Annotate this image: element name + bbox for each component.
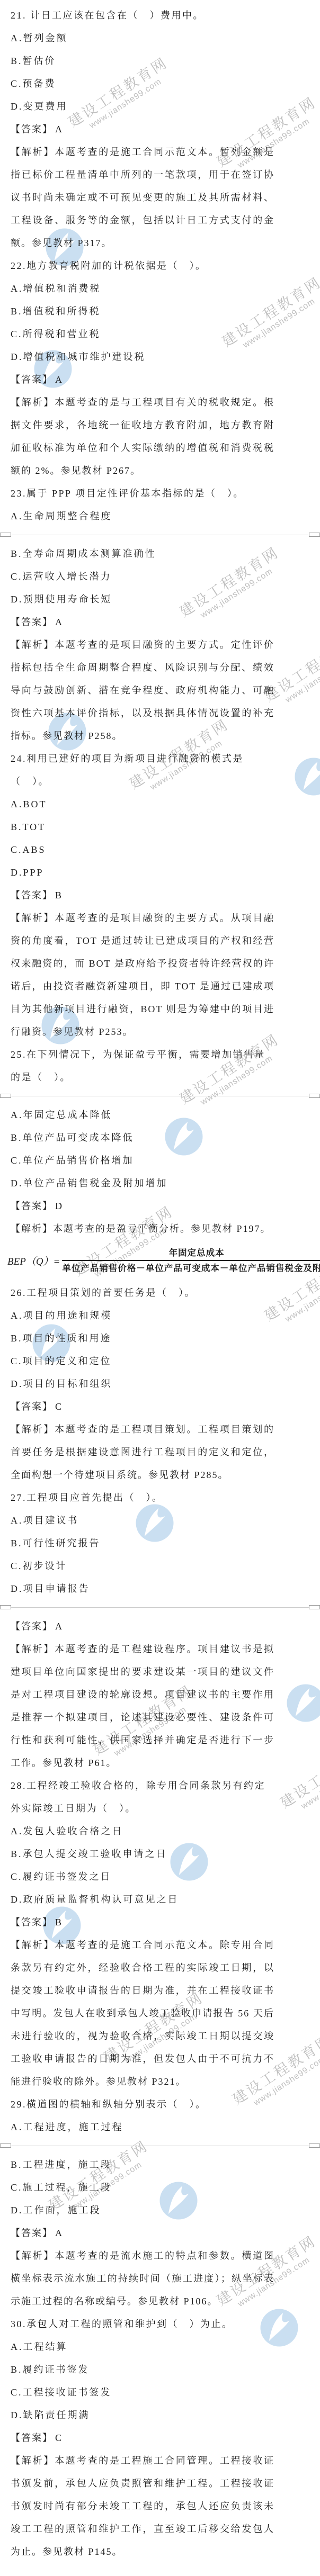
options-group: A.工程结算B.履约证书签发C.工程接收证书签发D.缺陷责任期满 <box>11 2336 274 2427</box>
page-break-line <box>0 535 320 535</box>
answer-option: D.预期使用寿命长短 <box>11 588 274 611</box>
analysis-text: 【解析】本题考查的是与工程项目有关的税收规定。根据文件要求，各地统一征收地方教育… <box>11 391 274 482</box>
answer-line: 【答案】A <box>11 1615 274 1638</box>
question-block: 23.属于 PPP 项目定性评价基本指标的是（ ）。 A.生命周期整合程度B.全… <box>11 482 274 747</box>
answer-option: D.单位产品销售税金及附加增加 <box>11 1172 274 1195</box>
answer-letter: B <box>55 890 63 900</box>
answer-letter: A <box>55 374 63 385</box>
answer-option: B.履约证书签发 <box>11 2358 274 2381</box>
analysis-text: 【解析】本题考查的是施工合同示范文本。除专用合同条款另有约定外，经验收合格工程的… <box>11 1934 274 2093</box>
answer-label: 【答案】 <box>11 617 53 627</box>
page-break-line <box>0 1607 320 1608</box>
options-group: A.年固定总成本降低B.单位产品可变成本降低C.单位产品销售价格增加D.单位产品… <box>11 1104 274 1195</box>
answer-letter: C <box>55 2433 63 2443</box>
answer-option: B.承包人提交竣工验收申请之日 <box>11 1843 274 1866</box>
question-block: 21. 计日工应该在包含在（ ）费用中。 A.暂列金额B.暂估价C.预备费D.变… <box>11 4 274 255</box>
answer-option: D.缺陷责任期满 <box>11 2404 274 2427</box>
answer-letter: A <box>55 124 63 134</box>
answer-label: 【答案】 <box>11 2228 53 2238</box>
answer-option: B.暂估价 <box>11 50 274 73</box>
analysis-text: 【解析】本题考查的是盈亏平衡分析。参见教材 P197。 <box>11 1218 274 1240</box>
answer-label: 【答案】 <box>11 2433 53 2443</box>
question-stem: 28.工程经竣工验收合格的，除专用合同条款另有约定外实际竣工日期为（ ）。 <box>11 1775 274 1820</box>
answer-line: 【答案】A <box>11 2222 274 2245</box>
answer-option: B.项目的性质和用途 <box>11 1327 274 1350</box>
answer-letter: A <box>55 617 63 627</box>
answer-option: C.预备费 <box>11 73 274 95</box>
answer-label: 【答案】 <box>11 1917 53 1928</box>
question-stem: 24.利用已建好的项目为新项目进行融资的模式是（ ）。 <box>11 747 274 793</box>
question-block: 24.利用已建好的项目为新项目进行融资的模式是（ ）。 A.BOTB.TOTC.… <box>11 747 274 1043</box>
analysis-text: 【解析】本题考查的是项目融资的主要方式。定性评价指标包括全生命周期整合程度、风险… <box>11 634 274 747</box>
answer-label: 【答案】 <box>11 124 53 134</box>
answer-option: A.工程进度，施工过程 <box>11 2116 274 2139</box>
page-break-marker <box>0 2140 320 2152</box>
answer-option: C.运营收入增长潜力 <box>11 565 274 588</box>
answer-option: D.项目的目标和组织 <box>11 1373 274 1395</box>
answer-option: C.ABS <box>11 839 274 861</box>
page-margin-mark-right <box>309 533 320 537</box>
answer-line: 【答案】B <box>11 1911 274 1934</box>
bep-formula: BEP（Q）=年固定总成本单位产品销售价格－单位产品可变成本－单位产品销售税金及… <box>7 1246 320 1275</box>
answer-label: 【答案】 <box>11 374 53 385</box>
answer-line: 【答案】D <box>11 1195 274 1218</box>
options-group: A.BOTB.TOTC.ABSD.PPP <box>11 793 274 884</box>
answer-line: 【答案】C <box>11 2427 274 2449</box>
answer-option: B.增值税和所得税 <box>11 300 274 323</box>
answer-option: A.工程结算 <box>11 2336 274 2358</box>
answer-option: A.增值税和消费税 <box>11 277 274 300</box>
answer-line: 【答案】C <box>11 1395 274 1418</box>
analysis-text: 【解析】本题考查的是项目融资的主要方式。从项目融资的角度看，TOT 是通过转让已… <box>11 907 274 1043</box>
document-body: 21. 计日工应该在包含在（ ）费用中。 A.暂列金额B.暂估价C.预备费D.变… <box>0 0 320 2576</box>
answer-option: A.生命周期整合程度 <box>11 505 274 528</box>
options-group: A.暂列金额B.暂估价C.预备费D.变更费用 <box>11 27 274 118</box>
question-stem: 21. 计日工应该在包含在（ ）费用中。 <box>11 4 274 27</box>
answer-label: 【答案】 <box>11 1201 53 1211</box>
question-block: 26.工程项目策划的首要任务是（ ）。 A.项目的用途和规模B.项目的性质和用途… <box>11 1282 274 1487</box>
document-page: 建设工程教育网www.jianshe99.com建设工程教育网www.jians… <box>0 0 320 2576</box>
answer-line: 【答案】B <box>11 884 274 907</box>
question-block: 25.在下列情况下，为保证盈亏平衡，需要增加销售量的是（ ）。 A.年固定总成本… <box>11 1043 274 1275</box>
page-break-marker <box>0 1090 320 1103</box>
formula-lhs: BEP（Q）= <box>7 1254 60 1268</box>
answer-line: 【答案】A <box>11 118 274 141</box>
answer-option: D.项目申请报告 <box>11 1578 274 1600</box>
analysis-text: 【解析】本题考查的是工程项目策划。工程项目策划的首要任务是根据建设意图进行工程项… <box>11 1418 274 1487</box>
formula-denominator: 单位产品销售价格－单位产品可变成本－单位产品销售税金及附加 <box>62 1261 320 1275</box>
answer-option: C.工程接收证书签发 <box>11 2381 274 2404</box>
answer-option: D.政府质量监督机构认可意见之日 <box>11 1888 274 1911</box>
answer-option: B.单位产品可变成本降低 <box>11 1127 274 1149</box>
options-group: A.项目的用途和规模B.项目的性质和用途C.项目的定义和定位D.项目的目标和组织 <box>11 1304 274 1395</box>
question-block: 22.地方教育税附加的计税依据是（ ）。 A.增值税和消费税B.增值税和所得税C… <box>11 255 274 482</box>
question-block: 29.横道图的横轴和纵轴分别表示（ ）。 A.工程进度，施工过程B.工程进度，施… <box>11 2093 274 2313</box>
answer-option: C.项目的定义和定位 <box>11 1350 274 1373</box>
question-block: 28.工程经竣工验收合格的，除专用合同条款另有约定外实际竣工日期为（ ）。 A.… <box>11 1775 274 2093</box>
answer-option: A.年固定总成本降低 <box>11 1104 274 1127</box>
answer-option: D.工作面，施工段 <box>11 2199 274 2222</box>
question-stem: 26.工程项目策划的首要任务是（ ）。 <box>11 1282 274 1304</box>
analysis-text: 【解析】本题考查的是流水施工的特点和参数。横道图横坐标表示流水施工的持续时间（施… <box>11 2245 274 2313</box>
answer-option: A.暂列金额 <box>11 27 274 50</box>
answer-letter: A <box>55 1621 63 1632</box>
answer-letter: C <box>55 1401 63 1412</box>
question-stem: 27.工程项目应首先提出（ ）。 <box>11 1487 274 1509</box>
answer-option: B.TOT <box>11 816 274 839</box>
answer-option: A.项目建议书 <box>11 1509 274 1532</box>
analysis-text: 【解析】本题考查的是工程建设程序。项目建议书是拟建项目单位向国家提出的要求建设某… <box>11 1638 274 1775</box>
options-group: A.发包人验收合格之日B.承包人提交竣工验收申请之日C.履约证书签发之日D.政府… <box>11 1820 274 1911</box>
options-group: A.项目建议书B.可行性研究报告C.初步设计D.项目申请报告 <box>11 1509 274 1614</box>
answer-letter: A <box>55 2228 63 2238</box>
analysis-text: 【解析】本题考查的是工程施工合同管理。工程接收证书颁发前，承包人应负责照管和维护… <box>11 2449 274 2563</box>
answer-option: C.初步设计 <box>11 1555 274 1578</box>
page-break-marker <box>0 1601 320 1614</box>
answer-letter: B <box>55 1917 63 1928</box>
formula-fraction: 年固定总成本单位产品销售价格－单位产品可变成本－单位产品销售税金及附加 <box>62 1246 320 1275</box>
answer-option: B.全寿命周期成本测算准确性 <box>11 543 274 565</box>
question-stem: 30.承包人对工程的照管和维护到（ ）为止。 <box>11 2313 274 2336</box>
answer-option: B.工程进度，施工段 <box>11 2154 274 2176</box>
page-break-line <box>0 2146 320 2146</box>
options-group: A.增值税和消费税B.增值税和所得税C.所得税和营业税D.增值税和城市维护建设税 <box>11 277 274 368</box>
page-break-line <box>0 1096 320 1096</box>
analysis-text: 【解析】本题考查的是施工合同示范文本。暂列金额是指已标价工程量清单中所列的一笔款… <box>11 141 274 255</box>
answer-option: A.BOT <box>11 793 274 816</box>
answer-option: C.单位产品销售价格增加 <box>11 1149 274 1172</box>
options-group: A.工程进度，施工过程B.工程进度，施工段C.施工过程，施工段D.工作面，施工段 <box>11 2116 274 2222</box>
question-stem: 25.在下列情况下，为保证盈亏平衡，需要增加销售量的是（ ）。 <box>11 1043 274 1089</box>
answer-option: A.项目的用途和规模 <box>11 1304 274 1327</box>
page-margin-mark-left <box>0 533 11 537</box>
answer-option: D.增值税和城市维护建设税 <box>11 346 274 368</box>
answer-label: 【答案】 <box>11 1621 53 1632</box>
question-stem: 23.属于 PPP 项目定性评价基本指标的是（ ）。 <box>11 482 274 505</box>
answer-option: D.PPP <box>11 861 274 884</box>
page-margin-mark-right <box>309 1094 320 1098</box>
answer-line: 【答案】A <box>11 611 274 634</box>
question-block: 27.工程项目应首先提出（ ）。 A.项目建议书B.可行性研究报告C.初步设计D… <box>11 1487 274 1775</box>
answer-option: C.所得税和营业税 <box>11 323 274 346</box>
answer-option: B.可行性研究报告 <box>11 1532 274 1555</box>
page-margin-mark-left <box>0 2143 11 2148</box>
question-stem: 22.地方教育税附加的计税依据是（ ）。 <box>11 255 274 277</box>
options-group: A.生命周期整合程度B.全寿命周期成本测算准确性C.运营收入增长潜力D.预期使用… <box>11 505 274 611</box>
page-break-marker <box>0 529 320 542</box>
page-margin-mark-left <box>0 1094 11 1098</box>
answer-letter: D <box>55 1201 63 1211</box>
answer-option: A.发包人验收合格之日 <box>11 1820 274 1843</box>
formula-numerator: 年固定总成本 <box>62 1246 320 1261</box>
answer-line: 【答案】A <box>11 368 274 391</box>
answer-option: D.变更费用 <box>11 95 274 118</box>
question-block: 30.承包人对工程的照管和维护到（ ）为止。 A.工程结算B.履约证书签发C.工… <box>11 2313 274 2563</box>
page-margin-mark-right <box>309 1605 320 1609</box>
answer-option: C.施工过程，施工段 <box>11 2176 274 2199</box>
page-margin-mark-right <box>309 2143 320 2148</box>
question-stem: 29.横道图的横轴和纵轴分别表示（ ）。 <box>11 2093 274 2116</box>
answer-option: C.履约证书签发之日 <box>11 1866 274 1888</box>
answer-label: 【答案】 <box>11 1401 53 1412</box>
answer-label: 【答案】 <box>11 890 53 900</box>
page-margin-mark-left <box>0 1605 11 1609</box>
